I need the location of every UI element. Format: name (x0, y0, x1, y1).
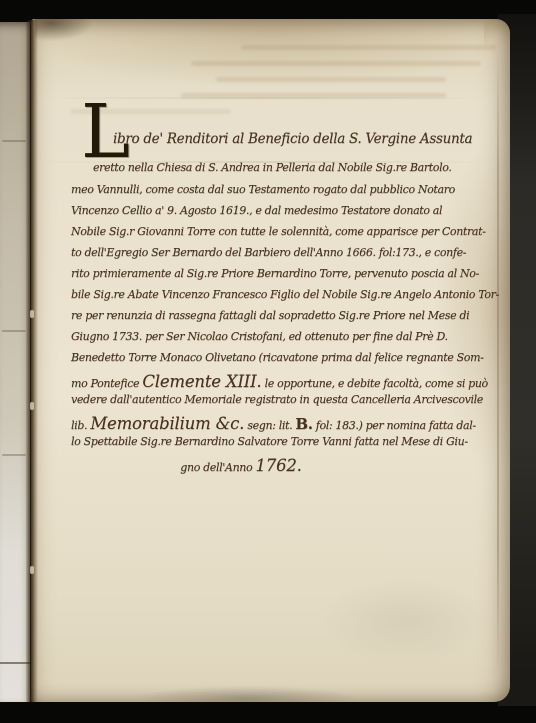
manuscript-photo: L ibro de' Renditori al Beneficio della … (0, 0, 536, 723)
facing-page-crease (2, 454, 26, 456)
binding-stitch (30, 402, 34, 410)
manuscript-segment: eretto nella Chiesa di S. Andrea in Pell… (93, 161, 451, 174)
manuscript-segment: ibro de' Renditori al Beneficio della S.… (113, 131, 472, 147)
facing-page-crease (2, 140, 26, 142)
binding-stitch (30, 310, 34, 318)
manuscript-text: ibro de' Renditori al Beneficio della S.… (67, 131, 475, 480)
page-top-shadow (35, 19, 115, 59)
manuscript-line: mo Pontefice Clemente XIII. le opportune… (71, 372, 475, 393)
manuscript-line: Nobile Sig.r Giovanni Torre con tutte le… (71, 225, 475, 246)
manuscript-segment: fol: 183.) per nomina fatta dal- (313, 419, 476, 432)
manuscript-line: lib. Memorabilium &c. segn: lit. B. fol:… (71, 414, 475, 435)
manuscript-segment: le opportune, e debite facoltà, come si … (261, 377, 487, 390)
manuscript-segment: mo Pontefice (71, 377, 142, 390)
manuscript-segment: segn: lit. (244, 419, 295, 432)
ink-bleed-through (181, 93, 446, 98)
manuscript-line: gno dell'Anno 1762. (77, 456, 405, 480)
manuscript-line: vedere dall'autentico Memoriale registra… (71, 393, 475, 414)
manuscript-line: to dell'Egregio Ser Bernardo del Barbier… (71, 246, 475, 267)
manuscript-segment: Nobile Sig.r Giovanni Torre con tutte le… (71, 225, 486, 238)
manuscript-line: Vincenzo Cellio a' 9. Agosto 1619., e da… (71, 204, 475, 225)
binding-stitch (30, 566, 34, 574)
ink-bleed-through (216, 77, 446, 82)
manuscript-segment: bile Sig.re Abate Vincenzo Francesco Fig… (71, 288, 499, 301)
manuscript-line: Benedetto Torre Monaco Olivetano (ricava… (71, 351, 475, 372)
manuscript-segment: lo Spettabile Sig.re Bernardino Salvator… (71, 435, 468, 448)
manuscript-segment: Giugno 1733. per Ser Nicolao Cristofani,… (71, 330, 448, 343)
manuscript-segment: Benedetto Torre Monaco Olivetano (ricava… (71, 351, 484, 364)
manuscript-line: rito primieramente al Sig.re Priore Bern… (71, 267, 475, 288)
manuscript-line: re per renunzia di rassegna fattagli dal… (71, 309, 475, 330)
ink-bleed-through (191, 61, 481, 66)
manuscript-line: Giugno 1733. per Ser Nicolao Cristofani,… (71, 330, 475, 351)
binding-gutter (26, 20, 38, 702)
manuscript-segment: Vincenzo Cellio a' 9. Agosto 1619., e da… (71, 204, 442, 217)
manuscript-line: ibro de' Renditori al Beneficio della S.… (113, 131, 475, 161)
facing-page-crease (2, 330, 26, 332)
manuscript-line: bile Sig.re Abate Vincenzo Francesco Fig… (71, 288, 475, 309)
ink-bleed-through (241, 45, 496, 50)
page-edge-line (497, 49, 499, 672)
manuscript-segment: meo Vannulli, come costa dal suo Testame… (71, 183, 455, 196)
manuscript-segment: 1762. (255, 456, 301, 475)
manuscript-segment: to dell'Egregio Ser Bernardo del Barbier… (71, 246, 466, 259)
manuscript-segment: rito primieramente al Sig.re Priore Bern… (71, 267, 479, 280)
page-corner-dogear (484, 21, 508, 45)
manuscript-segment: re per renunzia di rassegna fattagli dal… (71, 309, 469, 322)
manuscript-line: meo Vannulli, come costa dal suo Testame… (71, 183, 475, 204)
manuscript-segment: gno dell'Anno (180, 461, 255, 474)
manuscript-segment: B. (295, 415, 312, 433)
manuscript-segment: vedere dall'autentico Memoriale registra… (71, 393, 483, 406)
manuscript-segment: Clemente XIII. (142, 372, 261, 391)
manuscript-segment: Memorabilium &c. (90, 414, 244, 433)
manuscript-segment: lib. (71, 419, 90, 432)
book-page: L ibro de' Renditori al Beneficio della … (31, 19, 510, 702)
manuscript-line: eretto nella Chiesa di S. Andrea in Pell… (93, 161, 475, 183)
manuscript-line: lo Spettabile Sig.re Bernardino Salvator… (71, 435, 475, 456)
